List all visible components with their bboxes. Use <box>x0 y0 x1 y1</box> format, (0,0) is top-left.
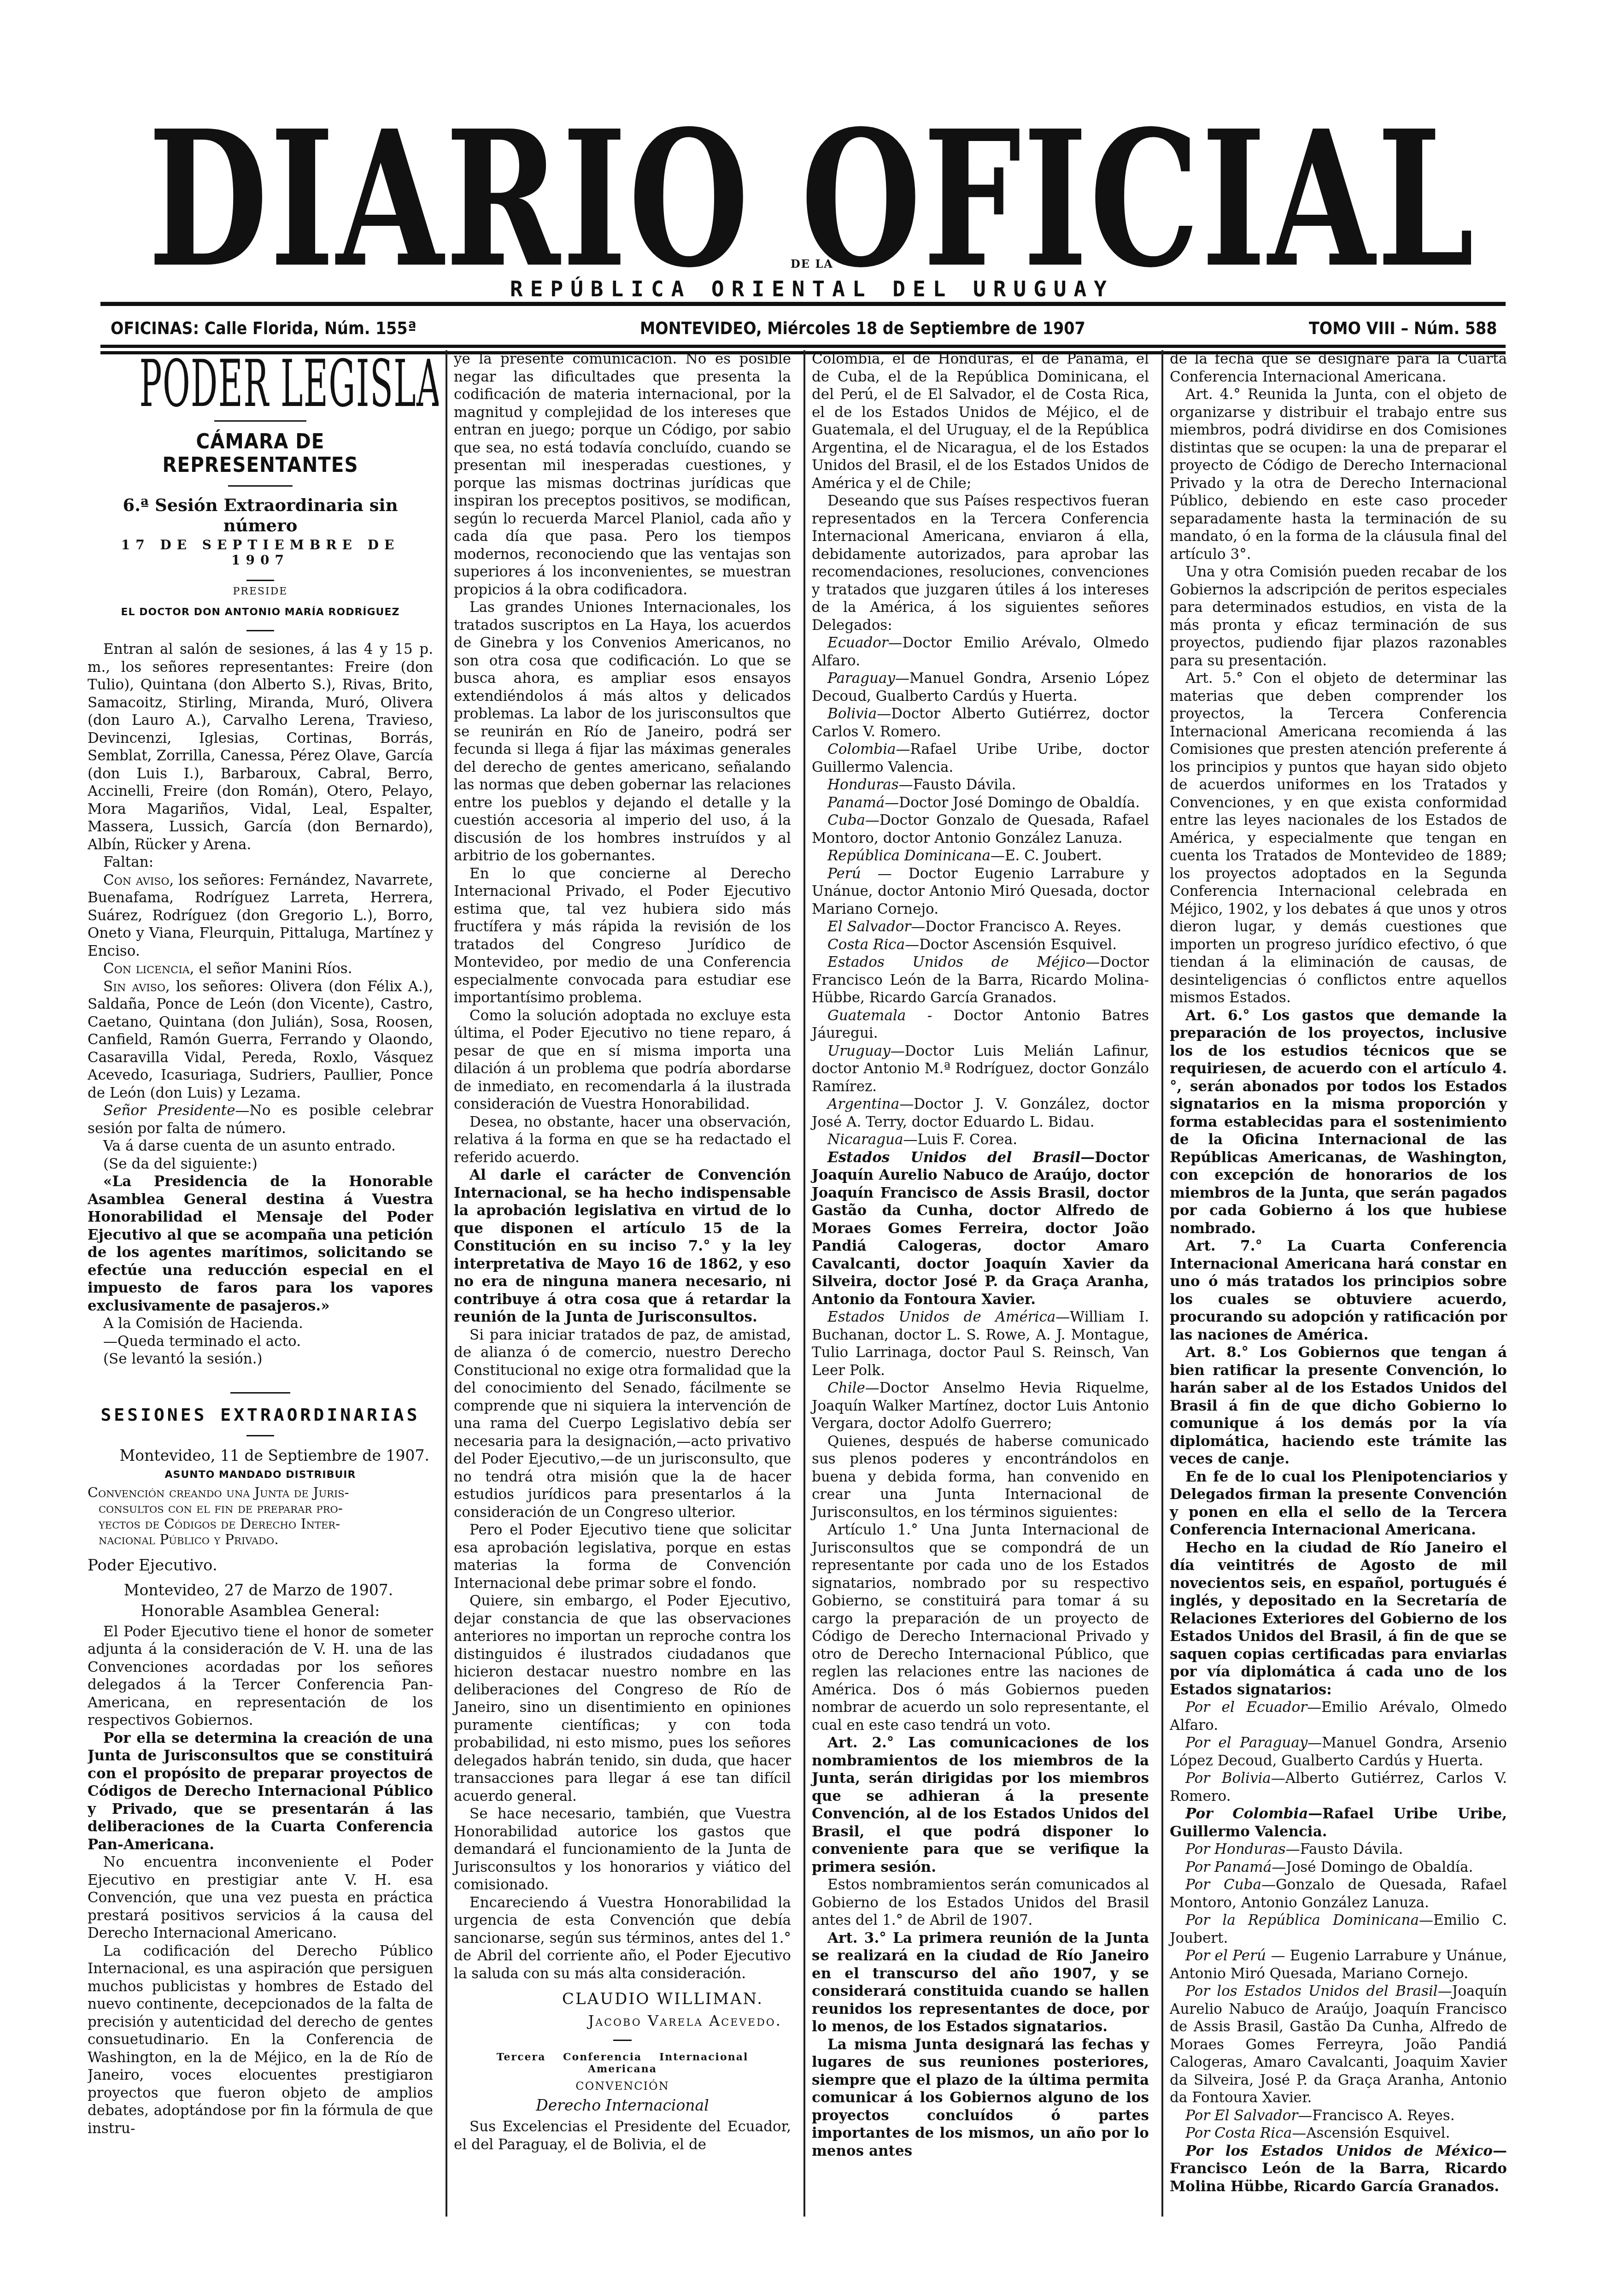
signatory-country: Por Panamá <box>1185 1859 1272 1876</box>
paragraph-levanto: (Se levantó la sesión.) <box>88 1350 433 1368</box>
delegate-entry: Ecuador—Doctor Emilio Arévalo, Olmedo Al… <box>812 634 1149 670</box>
column-1: PODER LEGISLATIVO CÁMARA DE REPRESENTANT… <box>88 350 439 2217</box>
delegate-country: Cuba <box>827 812 865 829</box>
signatory-country: Por Honduras <box>1185 1841 1286 1858</box>
section-title: PODER LEGISLATIVO <box>140 351 381 433</box>
paragraph: Una y otra Comisión pueden recabar de lo… <box>1170 563 1507 670</box>
text-sin-aviso: , los señores: Olivera (don Félix A.), S… <box>88 978 433 1101</box>
article-7: Art. 7.° La Cuarta Conferencia Internaci… <box>1170 1237 1507 1344</box>
paragraph: La misma Junta designará las fechas y lu… <box>812 2036 1149 2160</box>
paragraph: Como la solución adoptada no excluye est… <box>454 1007 791 1113</box>
delegate-names: — Doctor Eugenio Larrabure y Unánue, doc… <box>812 865 1149 917</box>
delegate-entry: Panamá—Doctor José Domingo de Obaldía. <box>812 794 1149 812</box>
signatory-entry: Por Panamá—José Domingo de Obaldía. <box>1170 1858 1507 1876</box>
delegate-country: República Dominicana <box>827 847 991 864</box>
signatory-entry: Por Cuba—Gonzalo de Quesada, Rafael Mont… <box>1170 1876 1507 1911</box>
delegate-entry: El Salvador—Doctor Francisco A. Reyes. <box>812 918 1149 936</box>
paragraph-quote: «La Presidencia de la Honorable Asamblea… <box>88 1173 433 1315</box>
delegate-country: Estados Unidos del Brasil <box>827 1149 1080 1166</box>
article-1: Artículo 1.° Una Junta Internacional de … <box>812 1521 1149 1734</box>
paragraph: Sus Excelencias el Presidente del Ecuado… <box>454 2118 791 2153</box>
article-columns: PODER LEGISLATIVO CÁMARA DE REPRESENTANT… <box>88 350 1507 2217</box>
delegate-entry: República Dominicana—E. C. Joubert. <box>812 847 1149 865</box>
paragraph: Se hace necesario, también, que Vuestra … <box>454 1805 791 1894</box>
signatory-entry: Por el Paraguay—Manuel Gondra, Arsenio L… <box>1170 1734 1507 1770</box>
masthead-rule-top <box>100 302 1506 306</box>
signatory-entry: Por los Estados Unidos del Brasil—Joaquí… <box>1170 1982 1507 2107</box>
article-5: Art. 5.° Con el objeto de determinar las… <box>1170 670 1507 1007</box>
issue-dateline: MONTEVIDEO, Miércoles 18 de Septiembre d… <box>640 318 1085 338</box>
text-con-licencia: , el señor Manini Ríos. <box>190 960 352 977</box>
delegate-country: Honduras <box>827 776 899 793</box>
delegate-country: Perú <box>827 865 861 882</box>
delegate-country: Argentina <box>827 1096 899 1112</box>
salutation: Honorable Asamblea General: <box>88 1602 433 1620</box>
delegate-entry: Perú — Doctor Eugenio Larrabure y Unánue… <box>812 865 1149 918</box>
convention-title-line: Convención creando una Junta de Juris- <box>88 1485 433 1501</box>
signatory-entry: Por Bolivia—Alberto Gutiérrez, Carlos V.… <box>1170 1770 1507 1805</box>
signatory-country: Por Cuba <box>1185 1876 1261 1893</box>
masthead-rule-double-1 <box>100 345 1506 348</box>
delegate-entry: Chile—Doctor Anselmo Hevia Riquelme, Joa… <box>812 1379 1149 1433</box>
signature-president: CLAUDIO WILLIMAN. <box>454 1990 791 2008</box>
column-2: ye la presente comunicación. No es posib… <box>446 350 797 2217</box>
delegate-entry: Nicaragua—Luis F. Corea. <box>812 1131 1149 1149</box>
paragraph: Al darle el carácter de Convención Inter… <box>454 1166 791 1326</box>
paragraph: Pero el Poder Ejecutivo tiene que solici… <box>454 1521 791 1592</box>
paragraph-attendance: Entran al salón de sesiones, á las 4 y 1… <box>88 641 433 853</box>
delegate-entry: Guatemala - Doctor Antonio Batres Jáureg… <box>812 1007 1149 1042</box>
paragraph: Hecho en la ciudad de Río Janeiro el día… <box>1170 1539 1507 1699</box>
speaker-label: Señor Presidente <box>103 1102 235 1119</box>
signatory-country: Por el Paraguay <box>1185 1735 1307 1751</box>
session-date: 17 DE SEPTIEMBRE DE 1907 <box>88 537 433 568</box>
signatory-country: Por Bolivia <box>1185 1770 1271 1787</box>
signatory-entry: Por El Salvador—Francisco A. Reyes. <box>1170 2107 1507 2125</box>
paragraph: Por ella se determina la creación de una… <box>88 1729 433 1854</box>
signatory-names: —Fausto Dávila. <box>1286 1841 1403 1858</box>
paragraph: En fe de lo cual los Plenipotenciarios y… <box>1170 1468 1507 1539</box>
divider <box>246 1435 274 1436</box>
delegate-entry: Honduras—Fausto Dávila. <box>812 776 1149 794</box>
paragraph: La codificación del Derecho Público Inte… <box>88 1942 433 2138</box>
paragraph-se-da: (Se da del siguiente:) <box>88 1155 433 1173</box>
sesiones-heading: SESIONES EXTRAORDINARIAS <box>88 1405 433 1425</box>
chamber-heading: CÁMARA DE REPRESENTANTES <box>101 430 419 477</box>
column-3: Colombia, el de Honduras, el de Panamá, … <box>803 350 1155 2217</box>
signatory-entry: Por el Perú — Eugenio Larrabure y Unánue… <box>1170 1947 1507 1982</box>
convention-title-line: consultos con el fin de preparar pro- <box>88 1501 433 1517</box>
preside-name: EL DOCTOR DON ANTONIO MARÍA RODRÍGUEZ <box>88 606 433 618</box>
delegate-entry: Estados Unidos del Brasil—Doctor Joaquín… <box>812 1149 1149 1309</box>
signatory-country: Por la República Dominicana <box>1185 1912 1419 1929</box>
signature-minister: Jacobo Varela Acevedo. <box>454 2012 791 2029</box>
paragraph: ye la presente comunicación. No es posib… <box>454 350 791 599</box>
signatory-names: —Joaquín Aurelio Nabuco de Araújo, Joaqu… <box>1170 1983 1507 2106</box>
paragraph-con-licencia: Con licencia, el señor Manini Ríos. <box>88 960 433 978</box>
signatory-country: Por el Ecuador <box>1185 1699 1307 1716</box>
delegate-names: —Doctor Joaquín Aurelio Nabuco de Araújo… <box>812 1149 1149 1308</box>
article-3: Art. 3.° La primera reunión de la Junta … <box>812 1929 1149 2036</box>
convention-subheading: Derecho Internacional <box>454 2096 791 2114</box>
paragraph: Quiere, sin embargo, el Poder Ejecutivo,… <box>454 1592 791 1805</box>
preside-label: PRESIDE <box>88 586 433 597</box>
convention-title-line: nacional Público y Privado. <box>88 1532 433 1548</box>
delegate-entry: Argentina—Doctor J. V. González, doctor … <box>812 1095 1149 1131</box>
session-heading: 6.ª Sesión Extraordinaria sin número <box>88 495 433 535</box>
delegates-list: Ecuador—Doctor Emilio Arévalo, Olmedo Al… <box>812 634 1149 1433</box>
delegate-country: Ecuador <box>827 635 888 651</box>
convention-title-line: yectos de Códigos de Derecho Inter- <box>88 1517 433 1532</box>
signatory-country: Por los Estados Unidos de México <box>1185 2143 1493 2159</box>
signatory-country: Por el Perú <box>1185 1947 1266 1964</box>
paragraph-presidente: Señor Presidente—No es posible celebrar … <box>88 1102 433 1137</box>
label-con-licencia: Con licencia <box>103 960 190 977</box>
paragraph-comision: A la Comisión de Hacienda. <box>88 1315 433 1333</box>
label-sin-aviso: Sin aviso <box>103 978 165 995</box>
delegate-names: —Doctor Ascensión Esquivel. <box>905 936 1117 953</box>
divider <box>246 630 274 631</box>
country-name: REPÚBLICA ORIENTAL DEL URUGUAY <box>0 276 1624 301</box>
paragraph-con-aviso: Con aviso, los señores: Fernández, Navar… <box>88 871 433 960</box>
asunto-heading: ASUNTO MANDADO DISTRIBUIR <box>88 1469 433 1481</box>
dateline-september: Montevideo, 11 de Septiembre de 1907. <box>88 1447 433 1464</box>
paragraph: En lo que concierne al Derecho Internaci… <box>454 865 791 1007</box>
paragraph: Encareciendo á Vuestra Honorabilidad la … <box>454 1894 791 1983</box>
signatory-names: —Francisco A. Reyes. <box>1298 2107 1454 2124</box>
paragraph: Desea, no obstante, hacer una observació… <box>454 1113 791 1167</box>
delegate-entry: Uruguay—Doctor Luis Melián Lafinur, doct… <box>812 1042 1149 1096</box>
paragraph: El Poder Ejecutivo tiene el honor de som… <box>88 1623 433 1729</box>
convention-title: Convención creando una Junta de Juris- c… <box>88 1485 433 1548</box>
paragraph-faltan: Faltan: <box>88 853 433 871</box>
delegate-names: —E. C. Joubert. <box>991 847 1102 864</box>
delegate-entry: Bolivia—Doctor Alberto Gutiérrez, doctor… <box>812 705 1149 741</box>
paragraph: Si para iniciar tratados de paz, de amis… <box>454 1326 791 1522</box>
delegate-country: Costa Rica <box>827 936 905 953</box>
paragraph: Deseando que sus Países respectivos fuer… <box>812 492 1149 634</box>
dateline-march: Montevideo, 27 de Marzo de 1907. <box>88 1581 433 1599</box>
label-con-aviso: Con aviso <box>103 872 169 888</box>
delegate-country: Estados Unidos de América <box>827 1309 1055 1325</box>
delegate-entry: Costa Rica—Doctor Ascensión Esquivel. <box>812 936 1149 954</box>
paragraph: Quienes, después de haberse comunicado s… <box>812 1433 1149 1522</box>
info-bar: OFICINAS: Calle Florida, Núm. 155ª MONTE… <box>111 314 1497 342</box>
delegate-country: El Salvador <box>827 918 911 935</box>
delegate-entry: Estados Unidos de América—William I. Buc… <box>812 1308 1149 1379</box>
delegate-names: —Fausto Dávila. <box>899 776 1016 793</box>
de-la-label: DE LA <box>0 257 1624 271</box>
paragraph-queda: —Queda terminado el acto. <box>88 1333 433 1351</box>
article-4: Art. 4.° Reunida la Junta, con el objeto… <box>1170 386 1507 563</box>
volume-number: TOMO VIII – Núm. 588 <box>1309 318 1497 338</box>
delegate-names: —Luis F. Corea. <box>903 1131 1017 1148</box>
delegate-country: Nicaragua <box>827 1131 903 1148</box>
signatory-entry: Por la República Dominicana—Emilio C. Jo… <box>1170 1911 1507 1947</box>
signatory-country: Por El Salvador <box>1185 2107 1298 2124</box>
signatory-entry: Por Costa Rica—Ascensión Esquivel. <box>1170 2124 1507 2142</box>
signatory-country: Por Costa Rica <box>1185 2125 1292 2141</box>
delegate-country: Uruguay <box>827 1043 891 1059</box>
divider <box>228 485 293 487</box>
paragraph: Las grandes Uniones Internacionales, los… <box>454 599 791 865</box>
delegate-country: Chile <box>827 1380 865 1396</box>
delegate-country: Bolivia <box>827 706 877 722</box>
signatory-entry: Por Honduras—Fausto Dávila. <box>1170 1841 1507 1858</box>
signatory-entry: Por Colombia—Rafael Uribe Uribe, Guiller… <box>1170 1805 1507 1841</box>
paragraph: de la fecha que se designare para la Cua… <box>1170 350 1507 386</box>
delegate-country: Estados Unidos de Méjico <box>827 954 1085 970</box>
paragraph-va: Va á darse cuenta de un asunto entrado. <box>88 1137 433 1155</box>
delegate-country: Panamá <box>827 794 885 811</box>
delegate-country: Paraguay <box>827 670 895 687</box>
signatory-country: Por los Estados Unidos del Brasil <box>1185 1983 1438 2000</box>
signatories-list: Por el Ecuador—Emilio Arévalo, Olmedo Al… <box>1170 1699 1507 2195</box>
article-8: Art. 8.° Los Gobiernos que tengan á bien… <box>1170 1344 1507 1468</box>
delegate-entry: Estados Unidos de Méjico—Doctor Francisc… <box>812 953 1149 1007</box>
poder-ejecutivo-label: Poder Ejecutivo. <box>88 1556 433 1575</box>
article-2: Art. 2.° Las comunicaciones de los nombr… <box>812 1734 1149 1876</box>
delegate-names: —Doctor José Domingo de Obaldía. <box>885 794 1140 811</box>
conference-heading: Tercera Conferencia Internacional Americ… <box>454 2051 791 2075</box>
paragraph: No encuentra inconveniente el Poder Ejec… <box>88 1853 433 1942</box>
delegate-country: Colombia <box>827 741 896 758</box>
paragraph: Colombia, el de Honduras, el de Panamá, … <box>812 350 1149 492</box>
column-4: de la fecha que se designare para la Cua… <box>1161 350 1513 2217</box>
signatory-entry: Por el Ecuador—Emilio Arévalo, Olmedo Al… <box>1170 1699 1507 1734</box>
delegate-entry: Cuba—Doctor Gonzalo de Quesada, Rafael M… <box>812 812 1149 847</box>
paragraph: Estos nombramientos serán comunicados al… <box>812 1876 1149 1929</box>
article-6: Art. 6.° Los gastos que demande la prepa… <box>1170 1007 1507 1238</box>
delegate-entry: Colombia—Rafael Uribe Uribe, doctor Guil… <box>812 741 1149 776</box>
divider <box>613 2040 632 2041</box>
delegate-entry: Paraguay—Manuel Gondra, Arsenio López De… <box>812 670 1149 705</box>
paragraph-sin-aviso: Sin aviso, los señores: Olivera (don Fél… <box>88 978 433 1102</box>
divider <box>230 1392 290 1394</box>
divider <box>246 580 274 581</box>
signatory-names: —José Domingo de Obaldía. <box>1272 1859 1473 1876</box>
delegate-names: —Doctor Francisco A. Reyes. <box>911 918 1121 935</box>
signatory-country: Por Colombia <box>1185 1806 1308 1822</box>
convention-heading: CONVENCIÓN <box>454 2080 791 2093</box>
delegate-country: Guatemala <box>827 1007 906 1024</box>
signatory-entry: Por los Estados Unidos de México—Francis… <box>1170 2142 1507 2196</box>
offices-address: OFICINAS: Calle Florida, Núm. 155ª <box>111 318 416 338</box>
signatory-names: —Ascensión Esquivel. <box>1292 2125 1450 2141</box>
